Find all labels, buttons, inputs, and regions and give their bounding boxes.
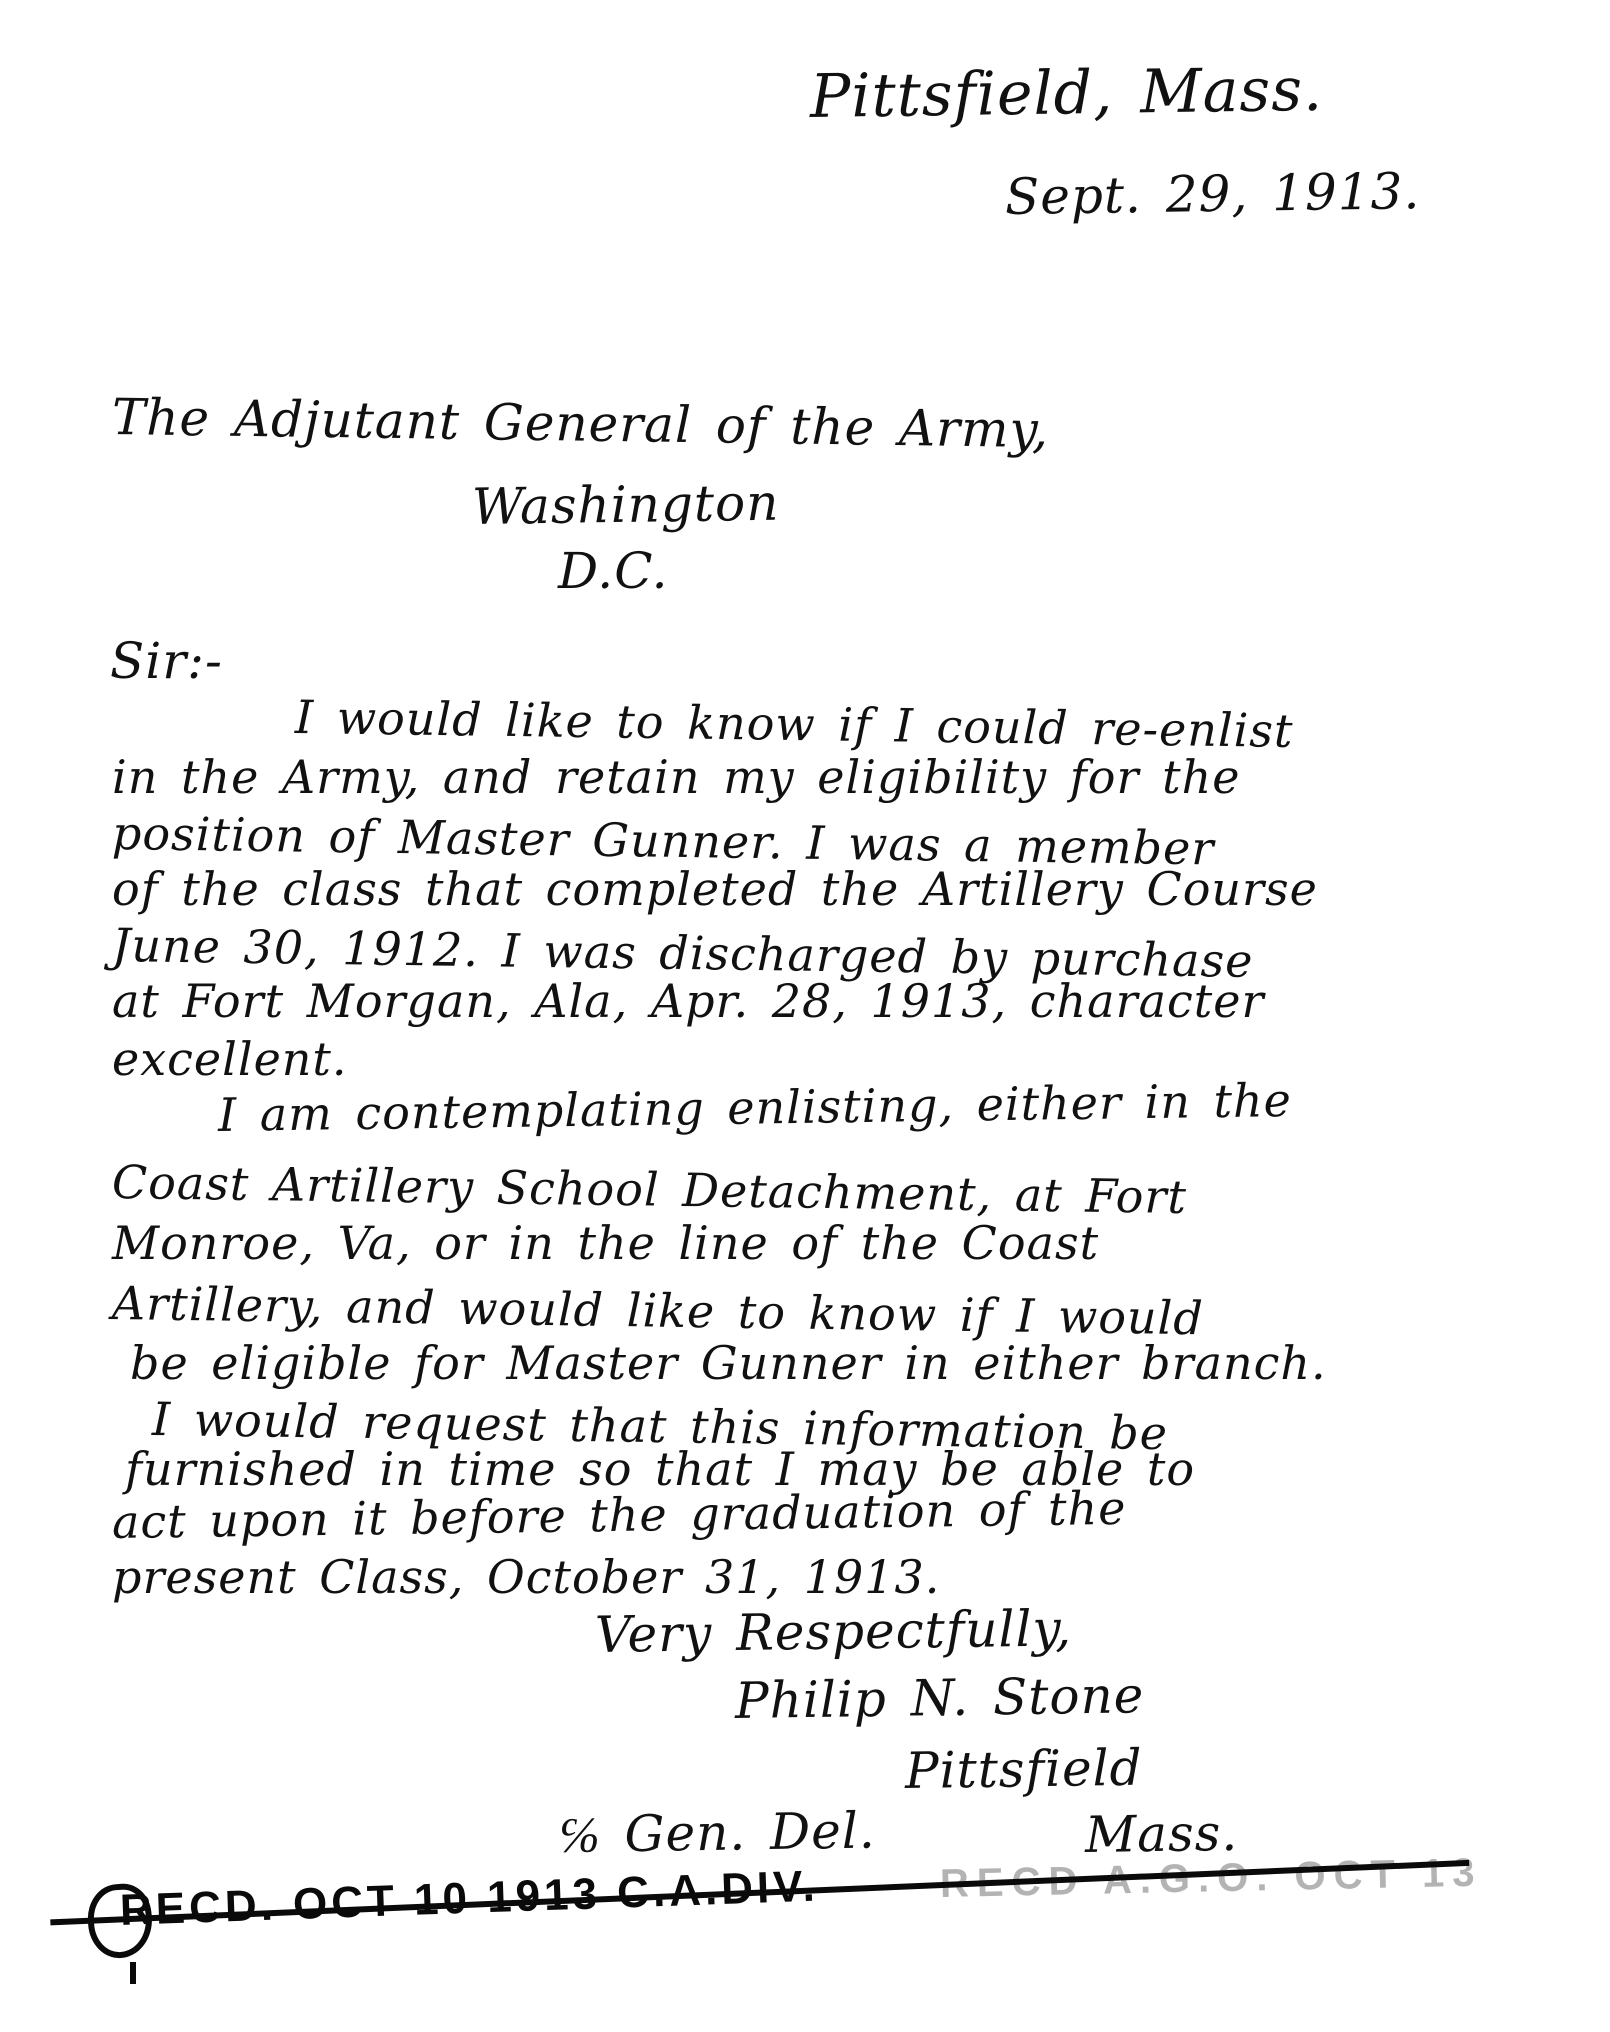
recipient-line-2: Washington <box>472 474 780 536</box>
recipient-line-3: D.C. <box>558 542 669 600</box>
letter-date: Sept. 29, 1913. <box>1005 162 1421 226</box>
paragraph-2-line: Monroe, Va, or in the line of the Coast <box>112 1216 1099 1270</box>
signature-careof: ℅ Gen. Del. <box>558 1802 876 1864</box>
signature-state: Mass. <box>1085 1804 1239 1864</box>
recipient-line-1: The Adjutant General of the Army, <box>112 388 1050 459</box>
paragraph-1-line: at Fort Morgan, Ala, Apr. 28, 1913, char… <box>112 974 1264 1028</box>
paragraph-2-line: Coast Artillery School Detachment, at Fo… <box>112 1155 1188 1224</box>
paragraph-1-line: of the class that completed the Artiller… <box>112 862 1318 916</box>
paragraph-2-line: be eligible for Master Gunner in either … <box>130 1336 1327 1390</box>
letter-place: Pittsfield, Mass. <box>810 55 1324 132</box>
paragraph-1-line: excellent. <box>112 1032 348 1086</box>
paragraph-3-line: present Class, October 31, 1913. <box>112 1550 940 1604</box>
signature-name: Philip N. Stone <box>735 1666 1145 1730</box>
tick-mark <box>130 1962 136 1984</box>
salutation: Sir:- <box>110 632 223 690</box>
received-stamp-text: RECD. OCT 10 1913 C.A.DIV. <box>119 1862 819 1935</box>
paragraph-2-line: I am contemplating enlisting, either in … <box>218 1073 1293 1142</box>
signature-city: Pittsfield <box>905 1739 1143 1800</box>
received-stamp: RECD. OCT 10 1913 C.A.DIV. <box>119 1862 819 1936</box>
paragraph-1-line: in the Army, and retain my eligibility f… <box>112 750 1240 804</box>
letter-page: Pittsfield, Mass. Sept. 29, 1913. The Ad… <box>0 0 1610 2032</box>
closing: Very Respectfully, <box>595 1599 1073 1664</box>
paragraph-2-line: Artillery, and would like to know if I w… <box>112 1276 1205 1345</box>
paragraph-1-line: I would like to know if I could re-enlis… <box>295 690 1294 758</box>
